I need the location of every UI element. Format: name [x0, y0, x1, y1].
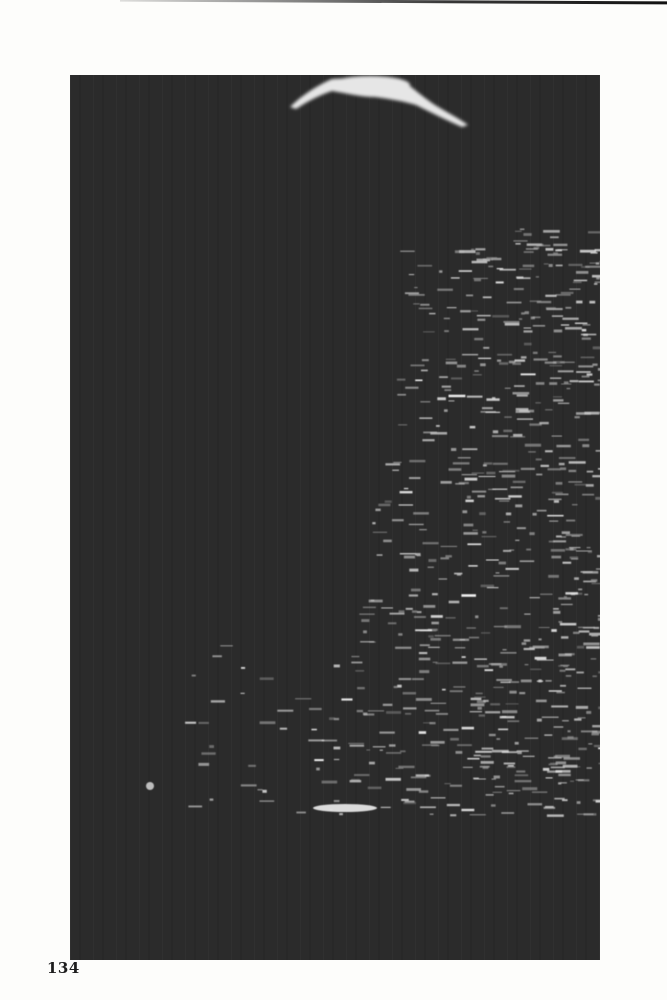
page-number: 134	[47, 959, 80, 977]
page-photograph	[70, 75, 600, 960]
bird-shape	[290, 76, 468, 127]
scan-top-edge	[0, 0, 667, 8]
photo-texture	[70, 75, 600, 960]
